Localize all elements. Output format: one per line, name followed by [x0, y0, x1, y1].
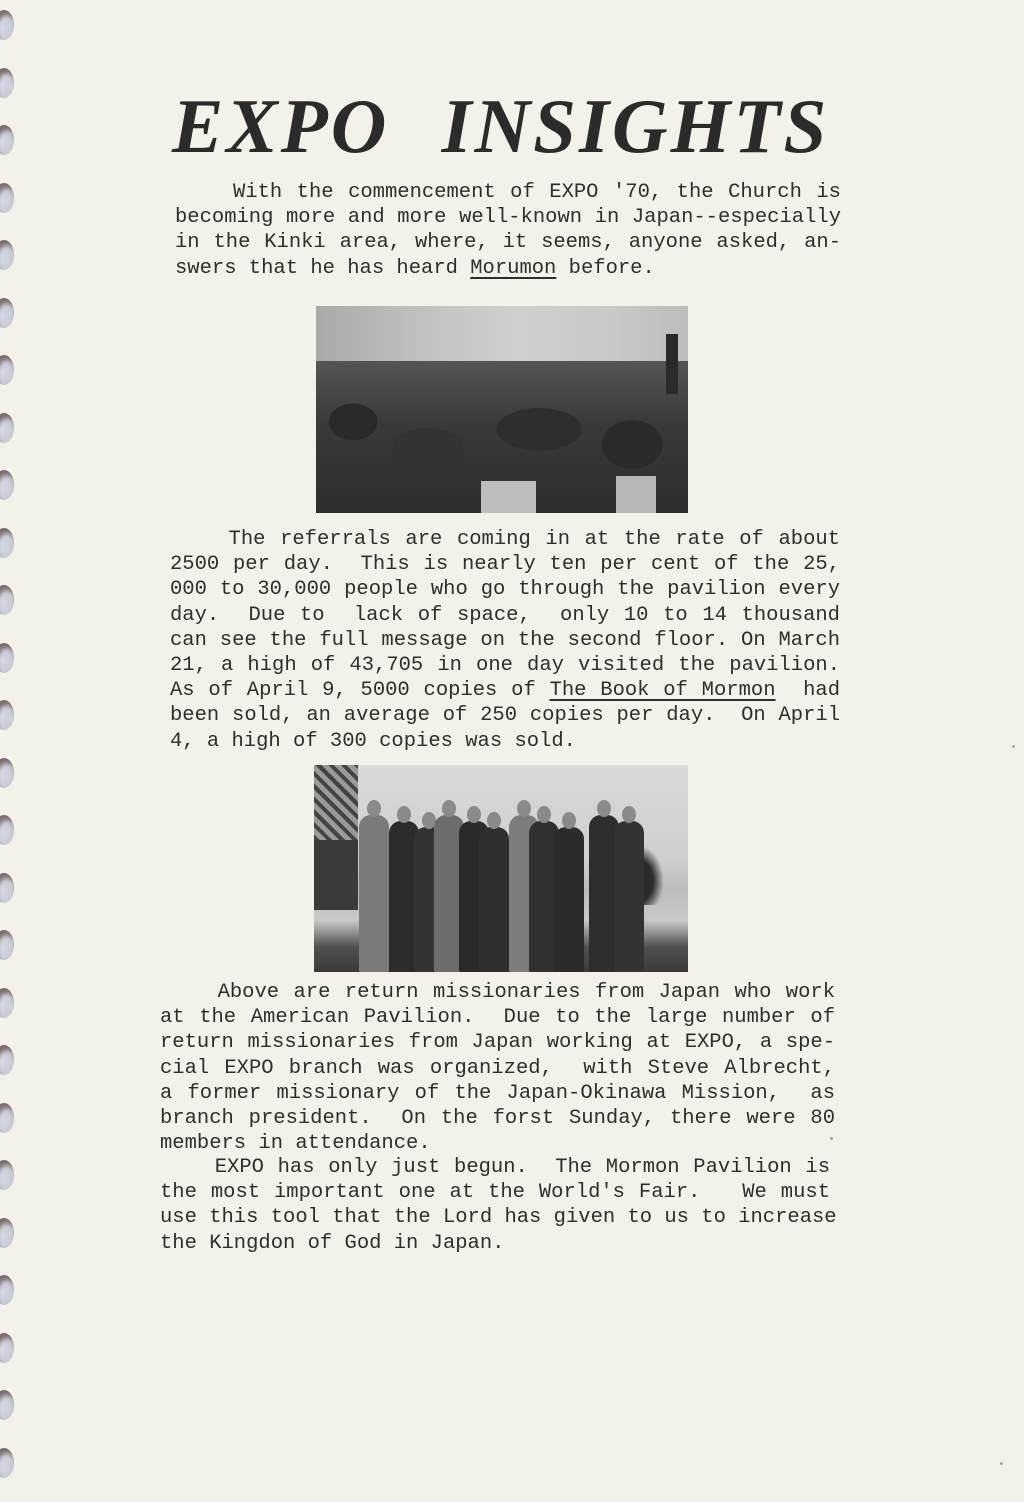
person-silhouette [554, 827, 584, 972]
text-line: EXPO has only just begun. The Mormon Pav… [160, 1155, 830, 1180]
person-head [487, 812, 501, 829]
binding-hole [0, 1045, 14, 1075]
binding-hole [0, 528, 14, 558]
text-line: day. Due to lack of space, only 10 to 14… [170, 603, 840, 628]
pillar-shape [666, 334, 678, 394]
text-line: The referrals are coming in at the rate … [170, 527, 840, 552]
binding-hole [0, 1160, 14, 1190]
binding-hole [0, 1275, 14, 1305]
text-line: return missionaries from Japan working a… [160, 1030, 835, 1055]
text-line: use this tool that the Lord has given to… [160, 1205, 830, 1230]
text-line: the most important one at the World's Fa… [160, 1180, 830, 1205]
person-silhouette [479, 827, 509, 972]
text-line: members in attendance. [160, 1131, 835, 1156]
text-line: 21, a high of 43,705 in one day visited … [170, 653, 840, 678]
text-fragment: swers that he has heard [175, 257, 470, 280]
binding-hole [0, 758, 14, 788]
text-line: branch president. On the forst Sunday, t… [160, 1106, 835, 1131]
binding-hole [0, 1448, 14, 1478]
binding-hole [0, 930, 14, 960]
binding-hole [0, 355, 14, 385]
closing-paragraph: EXPO has only just begun. The Mormon Pav… [160, 1155, 830, 1256]
text-line: swers that he has heard Morumon before. [175, 256, 841, 281]
text-line: cial EXPO branch was organized, with Ste… [160, 1056, 835, 1081]
text-fragment: before. [556, 257, 654, 280]
text-line: been sold, an average of 250 copies per … [170, 703, 840, 728]
paper-speck [830, 1137, 833, 1140]
binding-hole [0, 700, 14, 730]
person-head [367, 800, 381, 817]
missionaries-group-photo [314, 765, 688, 972]
page-title: EXPO INSIGHTS [172, 88, 862, 165]
paper-speck [1012, 745, 1015, 748]
missionaries-paragraph: Above are return missionaries from Japan… [160, 980, 835, 1156]
binding-hole [0, 470, 14, 500]
binding-hole [0, 125, 14, 155]
lattice-wall-shape [314, 765, 358, 840]
text-line: As of April 9, 5000 copies of The Book o… [170, 678, 840, 703]
underlined-title-book-of-mormon: The Book of Mormon [550, 679, 776, 702]
person-head [597, 800, 611, 817]
binding-hole [0, 10, 14, 40]
binding-hole [0, 815, 14, 845]
text-line: With the commencement of EXPO '70, the C… [175, 180, 841, 205]
text-line: in the Kinki area, where, it seems, anyo… [175, 230, 841, 255]
text-line: 2500 per day. This is nearly ten per cen… [170, 552, 840, 577]
text-fragment: had [776, 679, 841, 702]
binding-hole [0, 1333, 14, 1363]
person-head [537, 806, 551, 823]
text-line: Above are return missionaries from Japan… [160, 980, 835, 1005]
text-line: 000 to 30,000 people who go through the … [170, 577, 840, 602]
binding-hole [0, 1218, 14, 1248]
person-head [622, 806, 636, 823]
binding-hole [0, 1103, 14, 1133]
spiral-binding [0, 0, 30, 1502]
person-head [467, 806, 481, 823]
text-line: a former missionary of the Japan-Okinawa… [160, 1081, 835, 1106]
binding-hole [0, 68, 14, 98]
intro-paragraph: With the commencement of EXPO '70, the C… [175, 180, 841, 281]
binding-hole [0, 988, 14, 1018]
binding-hole [0, 298, 14, 328]
binding-hole [0, 585, 14, 615]
person-head [517, 800, 531, 817]
paper-speck [1000, 1462, 1003, 1465]
text-line: the Kingdon of God in Japan. [160, 1231, 830, 1256]
scanned-page: EXPO INSIGHTS With the commencement of E… [0, 0, 1024, 1502]
bench-shape [481, 481, 536, 513]
person-head [442, 800, 456, 817]
text-line: at the American Pavilion. Due to the lar… [160, 1005, 835, 1030]
binding-hole [0, 643, 14, 673]
text-line: 4, a high of 300 copies was sold. [170, 729, 840, 754]
binding-hole [0, 1390, 14, 1420]
underlined-term-morumon: Morumon [470, 257, 556, 280]
text-fragment: As of April 9, 5000 copies of [170, 679, 550, 702]
binding-hole [0, 873, 14, 903]
referrals-paragraph: The referrals are coming in at the rate … [170, 527, 840, 754]
shadow-shape [314, 840, 358, 910]
binding-hole [0, 240, 14, 270]
bench-shape [616, 476, 656, 513]
person-silhouette [359, 815, 389, 972]
person-head [397, 806, 411, 823]
text-line: can see the full message on the second f… [170, 628, 840, 653]
text-line: becoming more and more well-known in Jap… [175, 205, 841, 230]
binding-hole [0, 183, 14, 213]
person-head [562, 812, 576, 829]
binding-hole [0, 413, 14, 443]
person-silhouette [614, 821, 644, 972]
pavilion-crowd-photo [316, 306, 688, 513]
